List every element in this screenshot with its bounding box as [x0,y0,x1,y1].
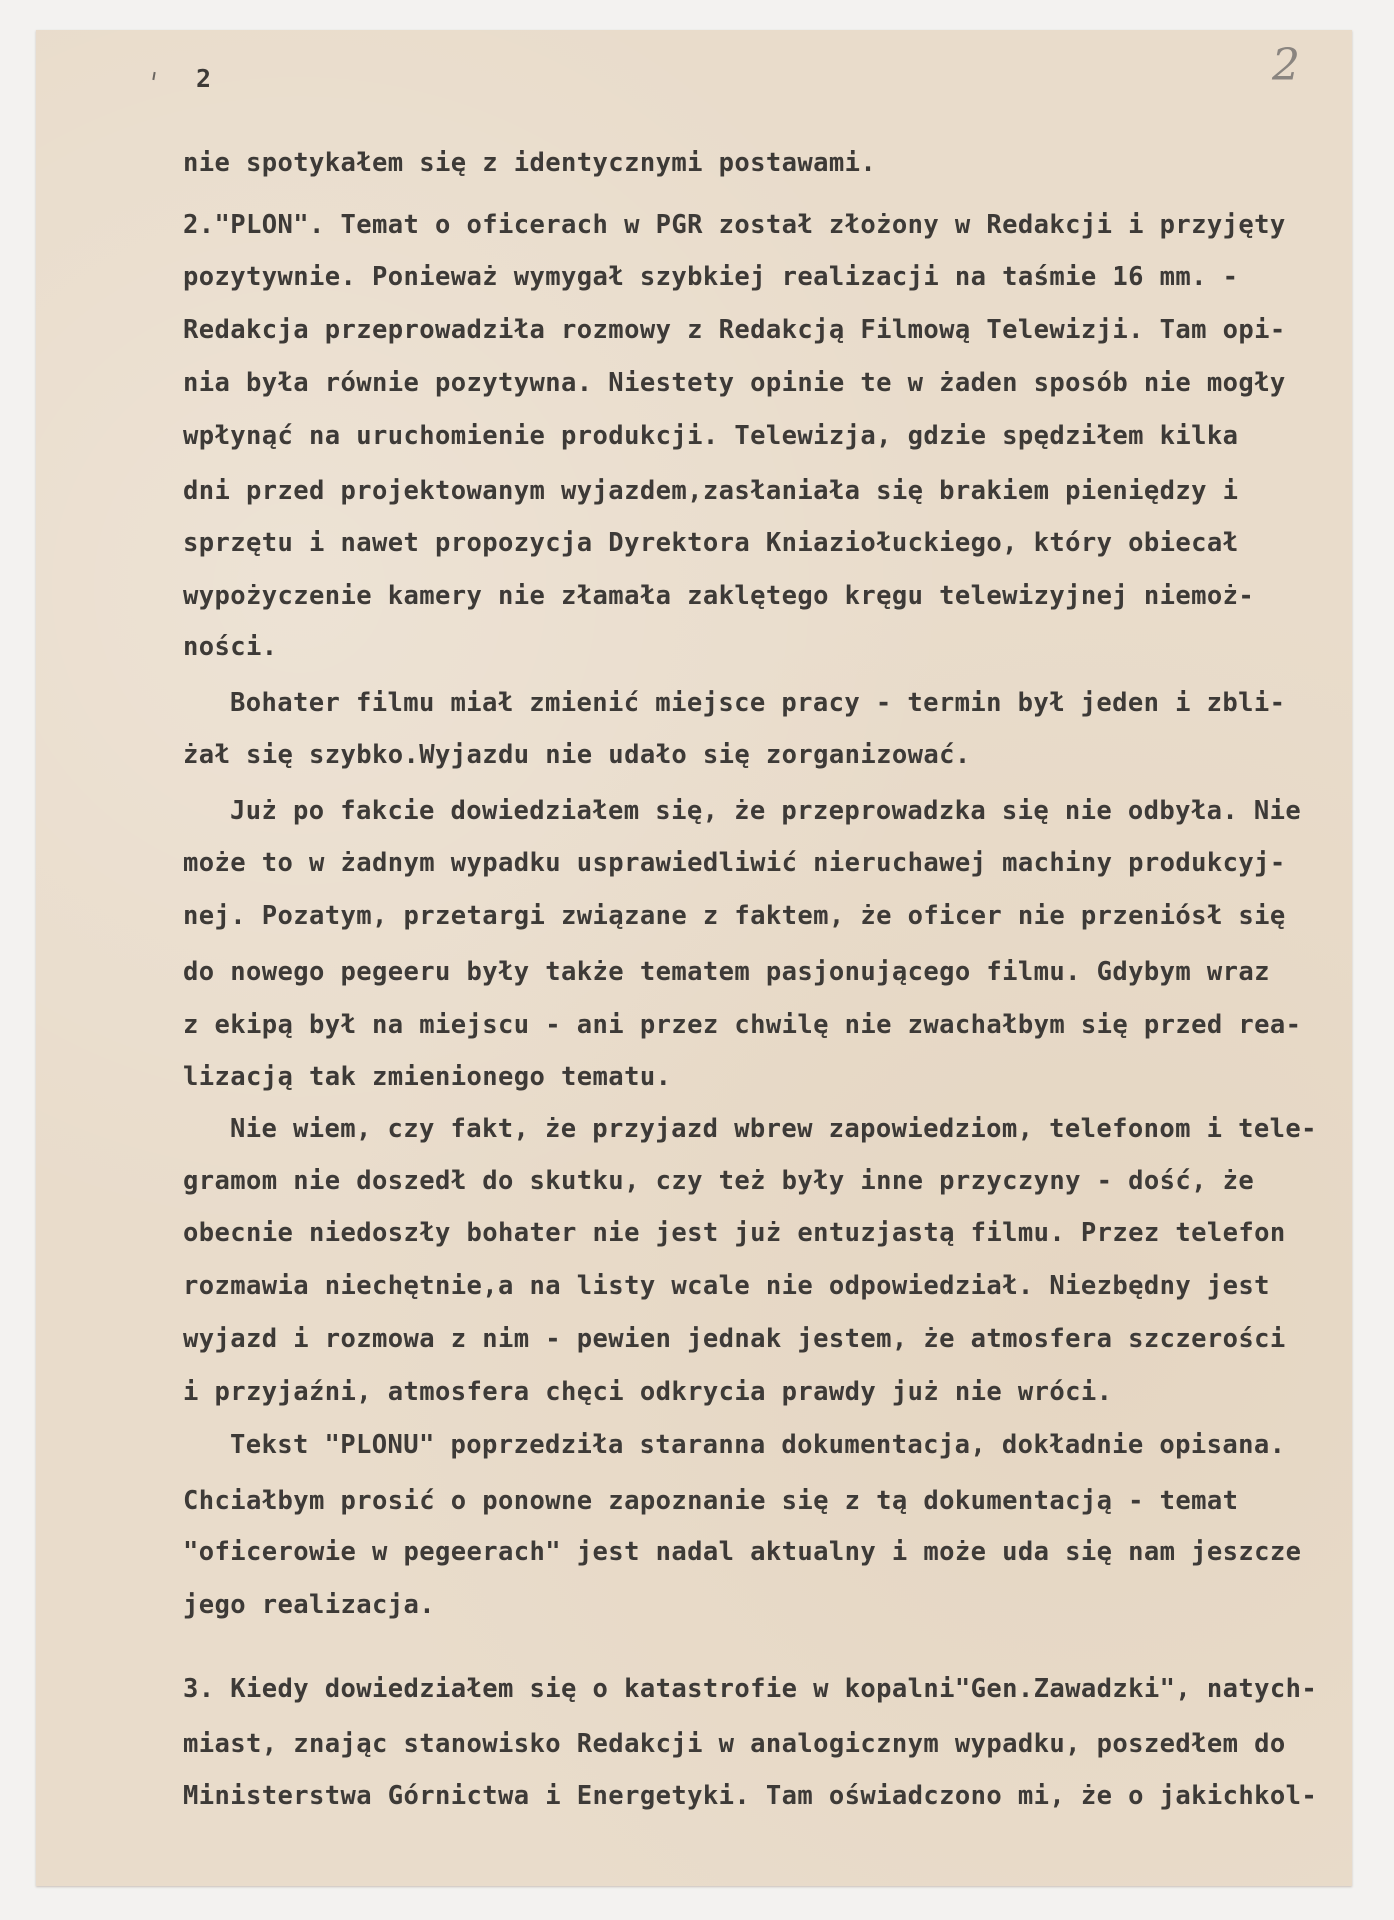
text-line: Tekst "PLONU" poprzedziła staranna dokum… [230,1430,1285,1460]
text-line: obecnie niedoszły bohater nie jest już e… [183,1218,1286,1248]
text-line: dni przed projektowanym wyjazdem,zasłani… [183,476,1238,506]
text-line: wpłynąć na uruchomienie produkcji. Telew… [183,421,1238,451]
text-line: nie spotykałem się z identycznymi postaw… [183,148,876,178]
text-line: jego realizacja. [183,1590,435,1620]
text-line: Chciałbym prosić o ponowne zapoznanie si… [183,1486,1238,1516]
text-line: "oficerowie w pegeerach" jest nadal aktu… [183,1537,1301,1567]
text-line: nej. Pozatym, przetargi związane z fakte… [183,901,1286,931]
text-line: Już po fakcie dowiedziałem się, że przep… [230,796,1301,826]
text-line: z ekipą był na miejscu - ani przez chwil… [183,1010,1301,1040]
text-line: gramom nie doszedł do skutku, czy też by… [183,1166,1254,1196]
text-line: 2."PLON". Temat o oficerach w PGR został… [183,210,1286,240]
text-line: lizacją tak zmienionego tematu. [183,1062,671,1092]
text-line: wypożyczenie kamery nie złamała zaklęteg… [183,581,1254,611]
text-line: miast, znając stanowisko Redakcji w anal… [183,1729,1286,1759]
text-line: żał się szybko.Wyjazdu nie udało się zor… [183,740,971,770]
text-line: i przyjaźni, atmosfera chęci odkrycia pr… [183,1377,1112,1407]
text-line: Bohater filmu miał zmienić miejsce pracy… [230,688,1285,718]
text-line: pozytywnie. Ponieważ wymygał szybkiej re… [183,262,1238,292]
text-line: wyjazd i rozmowa z nim - pewien jednak j… [183,1324,1286,1354]
text-line: do nowego pegeeru były także tematem pas… [183,957,1270,987]
text-line: może to w żadnym wypadku usprawiedliwić … [183,848,1286,878]
text-line: ności. [183,632,278,662]
typed-page-number: 2 [196,64,211,93]
text-line: Redakcja przeprowadziła rozmowy z Redakc… [183,315,1286,345]
text-line: 3. Kiedy dowiedziałem się o katastrofie … [183,1674,1317,1704]
handwritten-page-number: 2 [1272,40,1300,91]
text-line: nia była równie pozytywna. Niestety opin… [183,368,1286,398]
text-line: Nie wiem, czy fakt, że przyjazd wbrew za… [230,1114,1317,1144]
text-line: rozmawia niechętnie,a na listy wcale nie… [183,1271,1270,1301]
text-line: Ministerstwa Górnictwa i Energetyki. Tam… [183,1781,1317,1811]
text-line: sprzętu i nawet propozycja Dyrektora Kni… [183,528,1238,558]
